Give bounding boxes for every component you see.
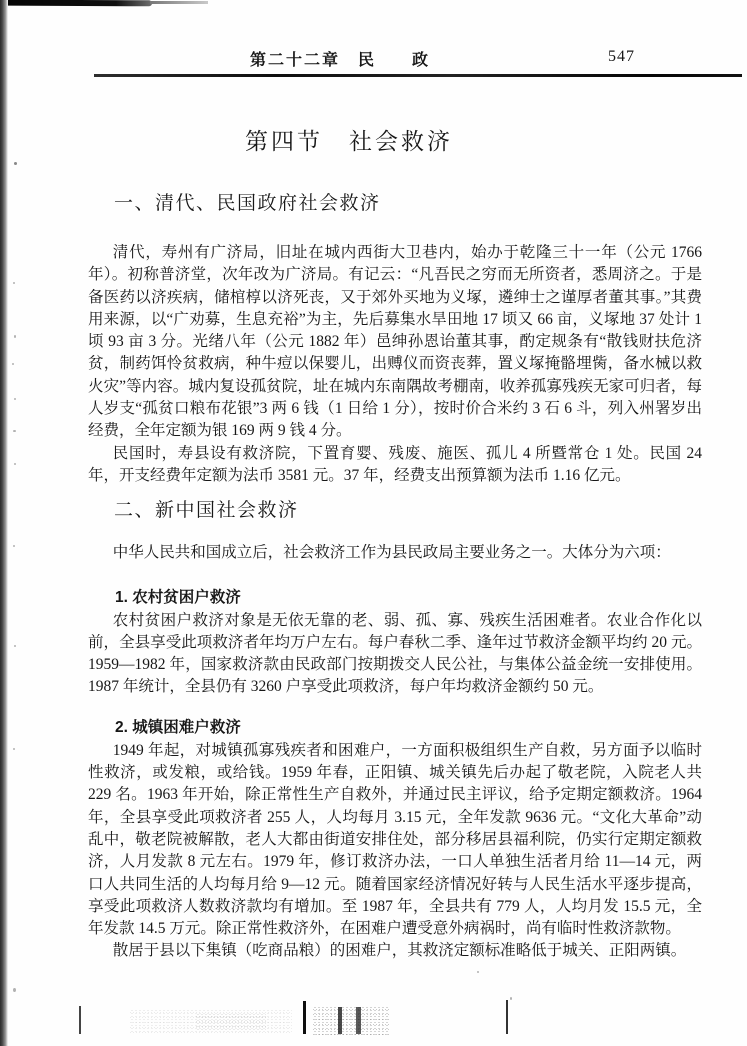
page-body: 一、清代、民国政府社会救济 清代，寿州有广济局，旧址在城内西街大卫巷内，始办于乾… <box>88 193 702 963</box>
paragraph: 中华人民共和国成立后，社会救济工作为县民政局主要业务之一。大体分为六项： <box>88 542 702 564</box>
scan-noise-patch <box>313 1006 389 1035</box>
scan-smudge-top-left <box>8 0 152 6</box>
scan-noise-streak <box>338 1007 342 1034</box>
scan-smudge-top-left-tail <box>150 1 208 4</box>
scan-noise-patch <box>196 1013 266 1031</box>
subheading-rural-poor-relief: 1. 农村贫困户救济 <box>115 588 702 608</box>
scan-noise-streak <box>356 1007 361 1034</box>
heading-new-china-relief: 二、新中国社会救济 <box>114 500 702 522</box>
scan-tick-mark <box>303 1001 306 1034</box>
paragraph: 民国时，寿县设有救济院，下置育婴、残废、施医、孤儿 4 所暨常仓 1 处。民国 … <box>88 443 702 488</box>
scanned-book-page: 第二十二章 民 政 547 第四节 社会救济 一、清代、民国政府社会救济 清代，… <box>0 0 747 1046</box>
running-header-chapter: 第二十二章 民 政 <box>250 47 430 70</box>
scan-edge-left <box>0 0 8 1046</box>
paragraph: 清代，寿州有广济局，旧址在城内西街大卫巷内，始办于乾隆三十一年（公元 1766 … <box>88 242 702 443</box>
page-number: 547 <box>608 48 635 66</box>
paragraph: 1949 年起，对城镇孤寡残疾者和困难户，一方面积极组织生产自救，另方面予以临时… <box>88 740 702 941</box>
paragraph: 散居于县以下集镇（吃商品粮）的困难户，其救济定额标准略低于城关、正阳两镇。 <box>88 940 702 962</box>
scan-tick-mark <box>506 1000 508 1034</box>
scan-tick-mark <box>79 1006 81 1034</box>
heading-qing-minguo-relief: 一、清代、民国政府社会救济 <box>114 193 702 215</box>
header-rule <box>94 74 742 77</box>
section-title: 第四节 社会救济 <box>245 123 453 156</box>
subheading-urban-poor-relief: 2. 城镇困难户救济 <box>115 718 702 738</box>
paragraph: 农村贫困户救济对象是无依无靠的老、弱、孤、寡、残疾生活困难者。农业合作化以前，全… <box>88 610 702 699</box>
